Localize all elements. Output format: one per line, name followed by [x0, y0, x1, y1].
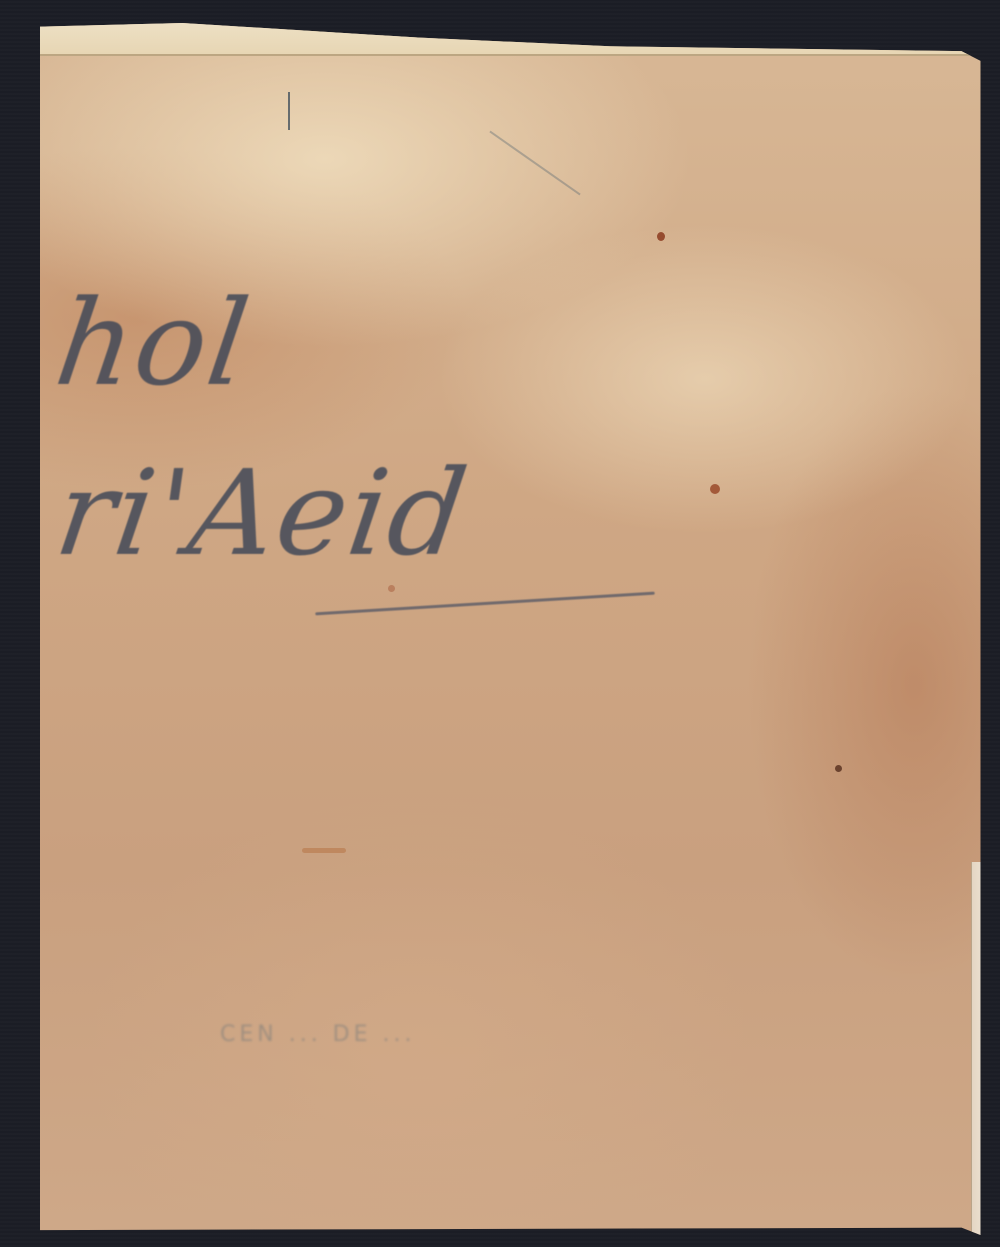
faint-stamp-text: CEN ... DE ...: [220, 1022, 416, 1047]
paper-sheet: hol ri'Aeid CEN ... DE ...: [40, 12, 990, 1235]
stain-smudge: [302, 848, 346, 853]
faint-pen-stroke: [489, 131, 580, 196]
foxing-spot: [388, 585, 395, 592]
foxing-spot: [710, 484, 720, 494]
handwriting-line-1: hol: [48, 274, 258, 412]
foxing-spot: [835, 765, 842, 772]
ink-mark: [288, 92, 290, 130]
pencil-underline: [315, 592, 655, 616]
foxing-spot: [657, 232, 665, 241]
handwriting-line-2: ri'Aeid: [48, 444, 476, 582]
